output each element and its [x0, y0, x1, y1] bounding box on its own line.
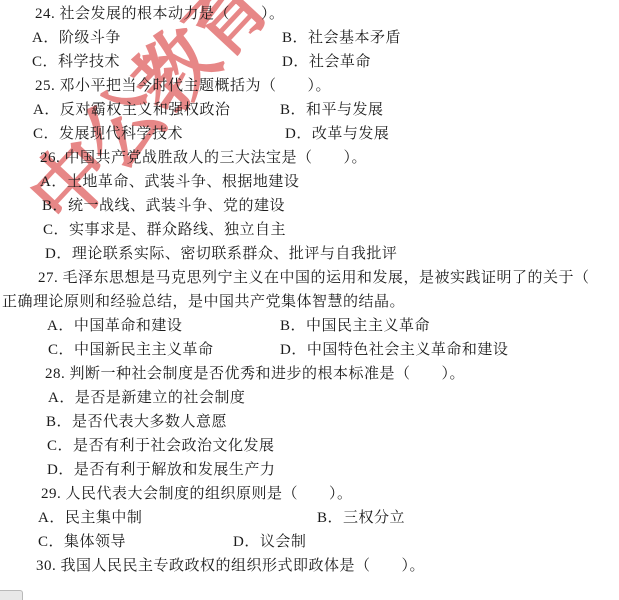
text-line-5-col1: A．反对霸权主义和强权政治	[33, 100, 230, 120]
text-line-9: B．统一战线、武装斗争、党的建设	[42, 196, 285, 216]
text-line-11: D．理论联系实际、密切联系群众、批评与自我批评	[45, 244, 397, 264]
text-line-14-col2: B．中国民主主义革命	[280, 316, 430, 336]
text-line-22-col2: B．三权分立	[317, 508, 405, 528]
text-line-6-col2: D．改革与发展	[285, 124, 389, 144]
text-line-12: 27. 毛泽东思想是马克思列宁主义在中国的运用和发展，是被实践证明了的关于（ ）…	[38, 268, 619, 288]
text-line-14-col1: A．中国革命和建设	[47, 316, 182, 336]
text-line-7: 26. 中国共产党战胜敌人的三大法宝是（ ）。	[40, 148, 367, 168]
scan-artifact	[0, 590, 23, 600]
text-line-10: C．实事求是、群众路线、独立自主	[43, 220, 286, 240]
text-line-19: C．是否有利于社会政治文化发展	[47, 436, 275, 456]
text-line-23-col2: D．议会制	[233, 532, 306, 552]
text-line-15-col1: C．中国新民主主义革命	[48, 340, 214, 360]
text-line-24: 30. 我国人民民主专政政权的组织形式即政体是（ ）。	[36, 556, 425, 576]
text-line-6-col1: C．发展现代科学技术	[33, 124, 183, 144]
text-line-1: 24. 社会发展的根本动力是（ ）。	[35, 4, 285, 24]
text-line-5-col2: B．和平与发展	[280, 100, 384, 120]
text-line-2-col2: B．社会基本矛盾	[282, 28, 401, 48]
text-line-15-col2: D．中国特色社会主义革命和建设	[280, 340, 508, 360]
text-line-4: 25. 邓小平把当今时代主题概括为（ ）。	[35, 76, 331, 96]
exam-page: 中公教育 24. 社会发展的根本动力是（ ）。A．阶级斗争B．社会基本矛盾C．科…	[0, 0, 619, 600]
text-line-16: 28. 判断一种社会制度是否优秀和进步的根本标准是（ ）。	[45, 364, 465, 384]
text-line-22-col1: A．民主集中制	[38, 508, 142, 528]
text-line-18: B．是否代表大多数人意愿	[46, 412, 227, 432]
text-line-23-col1: C．集体领导	[38, 532, 126, 552]
text-line-20: D．是否有利于解放和发展生产力	[47, 460, 275, 480]
text-line-3-col2: D．社会革命	[282, 52, 371, 72]
text-line-13: 正确理论原则和经验总结，是中国共产党集体智慧的结晶。	[2, 292, 405, 312]
text-line-2-col1: A．阶级斗争	[32, 28, 121, 48]
text-line-3-col1: C．科学技术	[32, 52, 120, 72]
text-line-8: A．土地革命、武装斗争、根据地建设	[40, 172, 299, 192]
text-line-17: A．是否是新建立的社会制度	[48, 388, 245, 408]
text-line-21: 29. 人民代表大会制度的组织原则是（ ）。	[41, 484, 353, 504]
